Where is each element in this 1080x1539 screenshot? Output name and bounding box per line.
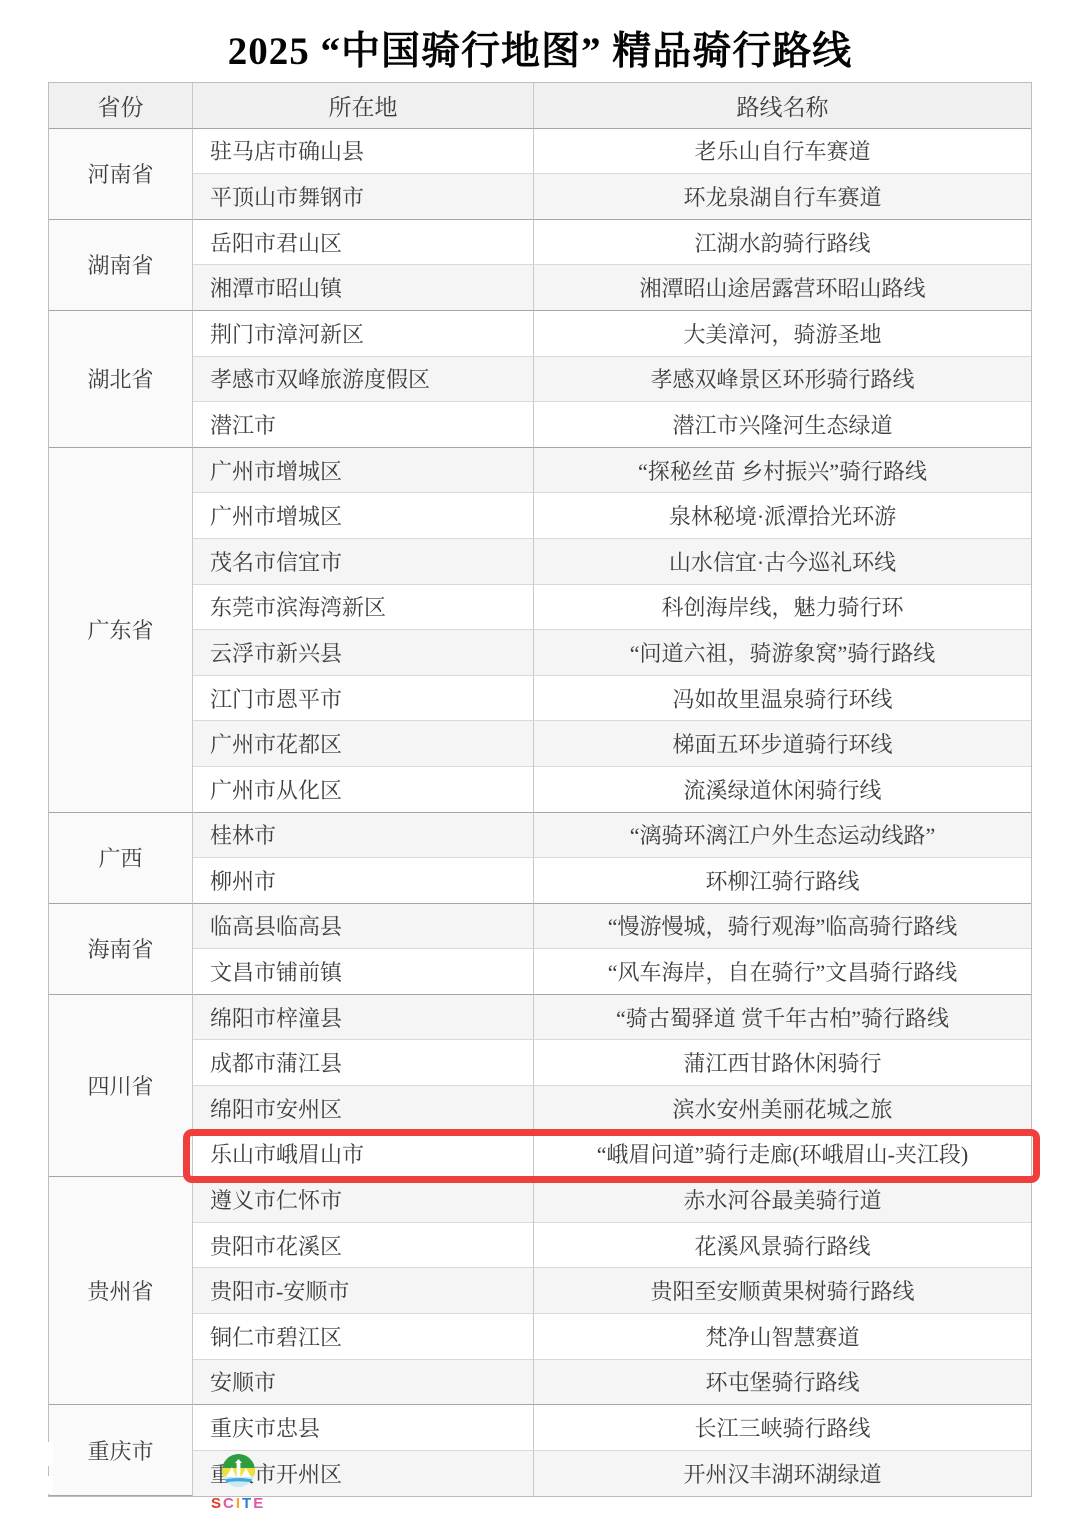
province-cell: 广东省 — [49, 448, 193, 813]
route-cell: 大美漳河，骑游圣地 — [534, 311, 1031, 357]
location-cell: 绵阳市安州区 — [193, 1086, 534, 1132]
route-cell: 流溪绿道休闲骑行线 — [534, 767, 1031, 813]
table-row: 东莞市滨海湾新区科创海岸线，魅力骑行环 — [49, 585, 1031, 631]
table-row: 贵州省遵义市仁怀市赤水河谷最美骑行道 — [49, 1177, 1031, 1223]
routes-table: 省份所在地路线名称 河南省驻马店市确山县老乐山自行车赛道平顶山市舞钢市环龙泉湖自… — [48, 82, 1032, 1497]
location-cell: 贵阳市花溪区 — [193, 1223, 534, 1269]
route-cell: 科创海岸线，魅力骑行环 — [534, 585, 1031, 631]
route-cell: 长江三峡骑行路线 — [534, 1405, 1031, 1451]
watermark-smudge — [44, 1476, 53, 1494]
table-row: 湘潭市昭山镇湘潭昭山途居露营环昭山路线 — [49, 265, 1031, 311]
table-row: 绵阳市安州区滨水安州美丽花城之旅 — [49, 1086, 1031, 1132]
province-cell: 四川省 — [49, 995, 193, 1177]
route-cell: 环柳江骑行路线 — [534, 858, 1031, 904]
table-row: 铜仁市碧江区梵净山智慧赛道 — [49, 1314, 1031, 1360]
route-cell: “漓骑环漓江户外生态运动线路” — [534, 813, 1031, 859]
table-row: 重庆市开州区开州汉丰湖环湖绿道 — [49, 1451, 1031, 1497]
route-cell: 贵阳至安顺黄果树骑行路线 — [534, 1268, 1031, 1314]
location-cell: 荆门市漳河新区 — [193, 311, 534, 357]
table-row: 平顶山市舞钢市环龙泉湖自行车赛道 — [49, 174, 1031, 220]
province-cell: 广西 — [49, 813, 193, 904]
location-cell: 广州市增城区 — [193, 448, 534, 494]
location-cell: 铜仁市碧江区 — [193, 1314, 534, 1360]
page-title: 2025 “中国骑行地图” 精品骑行路线 — [0, 20, 1080, 76]
scite-letter: S — [211, 1495, 223, 1512]
table-body: 河南省驻马店市确山县老乐山自行车赛道平顶山市舞钢市环龙泉湖自行车赛道湖南省岳阳市… — [49, 129, 1031, 1497]
table-row: 湖北省荆门市漳河新区大美漳河，骑游圣地 — [49, 311, 1031, 357]
table-row: 贵阳市-安顺市贵阳至安顺黄果树骑行路线 — [49, 1268, 1031, 1314]
table-row: 广东省广州市增城区“探秘丝苗 乡村振兴”骑行路线 — [49, 448, 1031, 494]
location-cell: 遵义市仁怀市 — [193, 1177, 534, 1223]
table-row: 湖南省岳阳市君山区江湖水韵骑行路线 — [49, 220, 1031, 266]
route-cell: “骑古蜀驿道 赏千年古柏”骑行路线 — [534, 995, 1031, 1041]
table-row: 茂名市信宜市山水信宜·古今巡礼环线 — [49, 539, 1031, 585]
location-cell: 云浮市新兴县 — [193, 630, 534, 676]
watermark-smudge — [44, 1442, 53, 1466]
route-cell: “探秘丝苗 乡村振兴”骑行路线 — [534, 448, 1031, 494]
province-cell: 湖南省 — [49, 220, 193, 311]
table-row: 广州市花都区梯面五环步道骑行环线 — [49, 721, 1031, 767]
location-cell: 孝感市双峰旅游度假区 — [193, 357, 534, 403]
location-cell: 湘潭市昭山镇 — [193, 265, 534, 311]
province-cell: 海南省 — [49, 904, 193, 995]
location-cell: 柳州市 — [193, 858, 534, 904]
table-row: 成都市蒲江县蒲江西甘路休闲骑行 — [49, 1040, 1031, 1086]
location-cell: 绵阳市梓潼县 — [193, 995, 534, 1041]
highlight-box — [183, 1129, 1040, 1183]
route-cell: 湘潭昭山途居露营环昭山路线 — [534, 265, 1031, 311]
table-row: 广西桂林市“漓骑环漓江户外生态运动线路” — [49, 813, 1031, 859]
scite-letter: T — [242, 1495, 253, 1512]
route-cell: 环屯堡骑行路线 — [534, 1360, 1031, 1406]
scite-logo-icon — [222, 1454, 255, 1487]
route-cell: “慢游慢城，骑行观海”临高骑行路线 — [534, 904, 1031, 950]
route-cell: 泉林秘境·派潭拾光环游 — [534, 493, 1031, 539]
location-cell: 东莞市滨海湾新区 — [193, 585, 534, 631]
scite-letter: E — [253, 1495, 265, 1512]
route-cell: 孝感双峰景区环形骑行路线 — [534, 357, 1031, 403]
table-row: 海南省临高县临高县“慢游慢城，骑行观海”临高骑行路线 — [49, 904, 1031, 950]
route-cell: “问道六祖，骑游象窝”骑行路线 — [534, 630, 1031, 676]
table-row: 广州市增城区泉林秘境·派潭拾光环游 — [49, 493, 1031, 539]
table-row: 柳州市环柳江骑行路线 — [49, 858, 1031, 904]
scite-letter: C — [223, 1495, 236, 1512]
table-row: 贵阳市花溪区花溪风景骑行路线 — [49, 1223, 1031, 1269]
route-cell: 环龙泉湖自行车赛道 — [534, 174, 1031, 220]
table-row: 潜江市潜江市兴隆河生态绿道 — [49, 402, 1031, 448]
location-cell: 平顶山市舞钢市 — [193, 174, 534, 220]
route-cell: 冯如故里温泉骑行环线 — [534, 676, 1031, 722]
column-header-1: 省份 — [49, 83, 193, 129]
location-cell: 驻马店市确山县 — [193, 129, 534, 175]
location-cell: 成都市蒲江县 — [193, 1040, 534, 1086]
table-row: 安顺市环屯堡骑行路线 — [49, 1360, 1031, 1406]
province-cell: 河南省 — [49, 129, 193, 220]
header-row: 省份所在地路线名称 — [49, 83, 1031, 129]
scite-watermark-text: SCITE — [211, 1495, 265, 1512]
route-cell: 老乐山自行车赛道 — [534, 129, 1031, 175]
route-cell: 滨水安州美丽花城之旅 — [534, 1086, 1031, 1132]
province-cell: 湖北省 — [49, 311, 193, 448]
province-cell: 贵州省 — [49, 1177, 193, 1405]
table-row: 文昌市铺前镇“风车海岸，自在骑行”文昌骑行路线 — [49, 949, 1031, 995]
location-cell: 岳阳市君山区 — [193, 220, 534, 266]
route-cell: 梵净山智慧赛道 — [534, 1314, 1031, 1360]
province-cell: 重庆市 — [49, 1405, 193, 1496]
table-row: 河南省驻马店市确山县老乐山自行车赛道 — [49, 129, 1031, 175]
route-cell: 花溪风景骑行路线 — [534, 1223, 1031, 1269]
route-cell: “风车海岸，自在骑行”文昌骑行路线 — [534, 949, 1031, 995]
table-row: 云浮市新兴县“问道六祖，骑游象窝”骑行路线 — [49, 630, 1031, 676]
location-cell: 临高县临高县 — [193, 904, 534, 950]
route-cell: 山水信宜·古今巡礼环线 — [534, 539, 1031, 585]
location-cell: 广州市花都区 — [193, 721, 534, 767]
table-row: 广州市从化区流溪绿道休闲骑行线 — [49, 767, 1031, 813]
location-cell: 安顺市 — [193, 1360, 534, 1406]
table-row: 江门市恩平市冯如故里温泉骑行环线 — [49, 676, 1031, 722]
location-cell: 江门市恩平市 — [193, 676, 534, 722]
location-cell: 贵阳市-安顺市 — [193, 1268, 534, 1314]
route-cell: 赤水河谷最美骑行道 — [534, 1177, 1031, 1223]
table-row: 重庆市重庆市忠县长江三峡骑行路线 — [49, 1405, 1031, 1451]
table-row: 四川省绵阳市梓潼县“骑古蜀驿道 赏千年古柏”骑行路线 — [49, 995, 1031, 1041]
routes-table-wrap: 省份所在地路线名称 河南省驻马店市确山县老乐山自行车赛道平顶山市舞钢市环龙泉湖自… — [48, 82, 1032, 1497]
column-header-2: 所在地 — [193, 83, 534, 129]
location-cell: 文昌市铺前镇 — [193, 949, 534, 995]
column-header-3: 路线名称 — [534, 83, 1031, 129]
location-cell: 重庆市忠县 — [193, 1405, 534, 1451]
location-cell: 潜江市 — [193, 402, 534, 448]
route-cell: 潜江市兴隆河生态绿道 — [534, 402, 1031, 448]
location-cell: 桂林市 — [193, 813, 534, 859]
table-row: 孝感市双峰旅游度假区孝感双峰景区环形骑行路线 — [49, 357, 1031, 403]
table-header: 省份所在地路线名称 — [49, 83, 1031, 129]
route-cell: 蒲江西甘路休闲骑行 — [534, 1040, 1031, 1086]
route-cell: 梯面五环步道骑行环线 — [534, 721, 1031, 767]
location-cell: 广州市增城区 — [193, 493, 534, 539]
location-cell: 茂名市信宜市 — [193, 539, 534, 585]
route-cell: 江湖水韵骑行路线 — [534, 220, 1031, 266]
route-cell: 开州汉丰湖环湖绿道 — [534, 1451, 1031, 1497]
location-cell: 广州市从化区 — [193, 767, 534, 813]
